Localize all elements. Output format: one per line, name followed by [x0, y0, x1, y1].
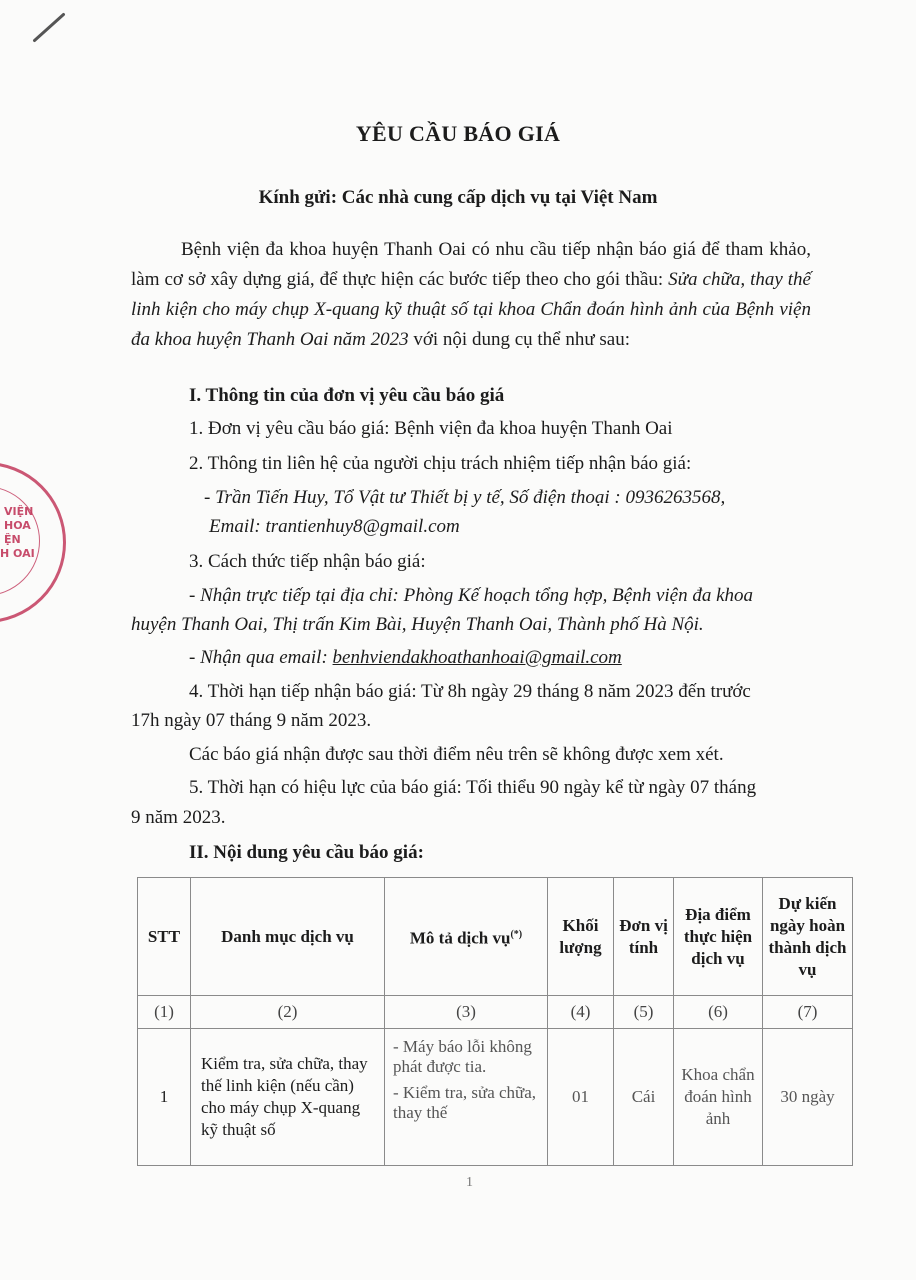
- intro-paragraph: Bệnh viện đa khoa huyện Thanh Oai có nhu…: [131, 235, 811, 355]
- item1: 1. Đơn vị yêu cầu báo giá: Bệnh viện đa …: [189, 418, 673, 440]
- item5-line2: 9 năm 2023.: [131, 807, 225, 829]
- cell-service: Kiểm tra, sửa chữa, thay thế linh kiện (…: [191, 1029, 385, 1166]
- stamp-text-4: H OAI: [0, 547, 35, 561]
- header-quantity: Khối lượng: [548, 878, 614, 996]
- col-number: (6): [674, 996, 763, 1029]
- table-header-row: STT Danh mục dịch vụ Mô tả dịch vụ(*) Kh…: [138, 878, 853, 996]
- page-number: 1: [466, 1175, 473, 1191]
- greeting: Kính gửi: Các nhà cung cấp dịch vụ tại V…: [0, 187, 916, 209]
- email-link[interactable]: benhviendakhoathanhoai@gmail.com: [333, 647, 622, 668]
- email-line: - Nhận qua email: benhviendakhoathanhoai…: [189, 647, 622, 669]
- header-service: Danh mục dịch vụ: [191, 878, 385, 996]
- cell-stt: 1: [138, 1029, 191, 1166]
- pen-mark: [32, 12, 65, 42]
- item3: 3. Cách thức tiếp nhận báo giá:: [189, 551, 426, 573]
- col-number: (1): [138, 996, 191, 1029]
- contact-line1: - Trần Tiến Huy, Tổ Vật tư Thiết bị y tế…: [204, 487, 725, 509]
- col-number: (2): [191, 996, 385, 1029]
- col-number: (4): [548, 996, 614, 1029]
- item4-line2: 17h ngày 07 tháng 9 năm 2023.: [131, 710, 371, 732]
- header-completion: Dự kiến ngày hoàn thành dịch vụ: [763, 878, 853, 996]
- email-label: - Nhận qua email:: [189, 647, 333, 668]
- late-note: Các báo giá nhận được sau thời điểm nêu …: [189, 744, 724, 766]
- col-number: (7): [763, 996, 853, 1029]
- document-title: YÊU CẦU BÁO GIÁ: [0, 121, 916, 147]
- header-description: Mô tả dịch vụ(*): [385, 878, 548, 996]
- section1-heading: I. Thông tin của đơn vị yêu cầu báo giá: [189, 385, 504, 407]
- item4-line1: 4. Thời hạn tiếp nhận báo giá: Từ 8h ngà…: [189, 681, 751, 703]
- contact-email: Email: trantienhuy8@gmail.com: [209, 516, 460, 538]
- stamp-text-3: ỆN: [4, 533, 21, 547]
- stamp-text-2: HOA: [4, 519, 31, 533]
- table-numbering-row: (1) (2) (3) (4) (5) (6) (7): [138, 996, 853, 1029]
- cell-description: - Máy báo lỗi không phát được tia. - Kiể…: [385, 1029, 548, 1166]
- cell-unit: Cái: [614, 1029, 674, 1166]
- cell-quantity: 01: [548, 1029, 614, 1166]
- item2: 2. Thông tin liên hệ của người chịu trác…: [189, 453, 691, 475]
- header-location: Địa điểm thực hiện dịch vụ: [674, 878, 763, 996]
- cell-location: Khoa chẩn đoán hình ảnh: [674, 1029, 763, 1166]
- stamp-text-1: VIỆN: [4, 505, 33, 519]
- section2-heading: II. Nội dung yêu cầu báo giá:: [189, 842, 424, 864]
- header-stt: STT: [138, 878, 191, 996]
- item5-line1: 5. Thời hạn có hiệu lực của báo giá: Tối…: [189, 777, 756, 799]
- table-row: 1 Kiểm tra, sửa chữa, thay thế linh kiện…: [138, 1029, 853, 1166]
- direct-line1: - Nhận trực tiếp tại địa chỉ: Phòng Kế h…: [189, 585, 753, 607]
- col-number: (3): [385, 996, 548, 1029]
- cell-completion: 30 ngày: [763, 1029, 853, 1166]
- quote-request-table: STT Danh mục dịch vụ Mô tả dịch vụ(*) Kh…: [137, 877, 853, 1166]
- intro-text-after: với nội dung cụ thể như sau:: [409, 329, 630, 350]
- header-unit: Đơn vị tính: [614, 878, 674, 996]
- direct-line2: huyện Thanh Oai, Thị trấn Kim Bài, Huyện…: [131, 614, 704, 636]
- col-number: (5): [614, 996, 674, 1029]
